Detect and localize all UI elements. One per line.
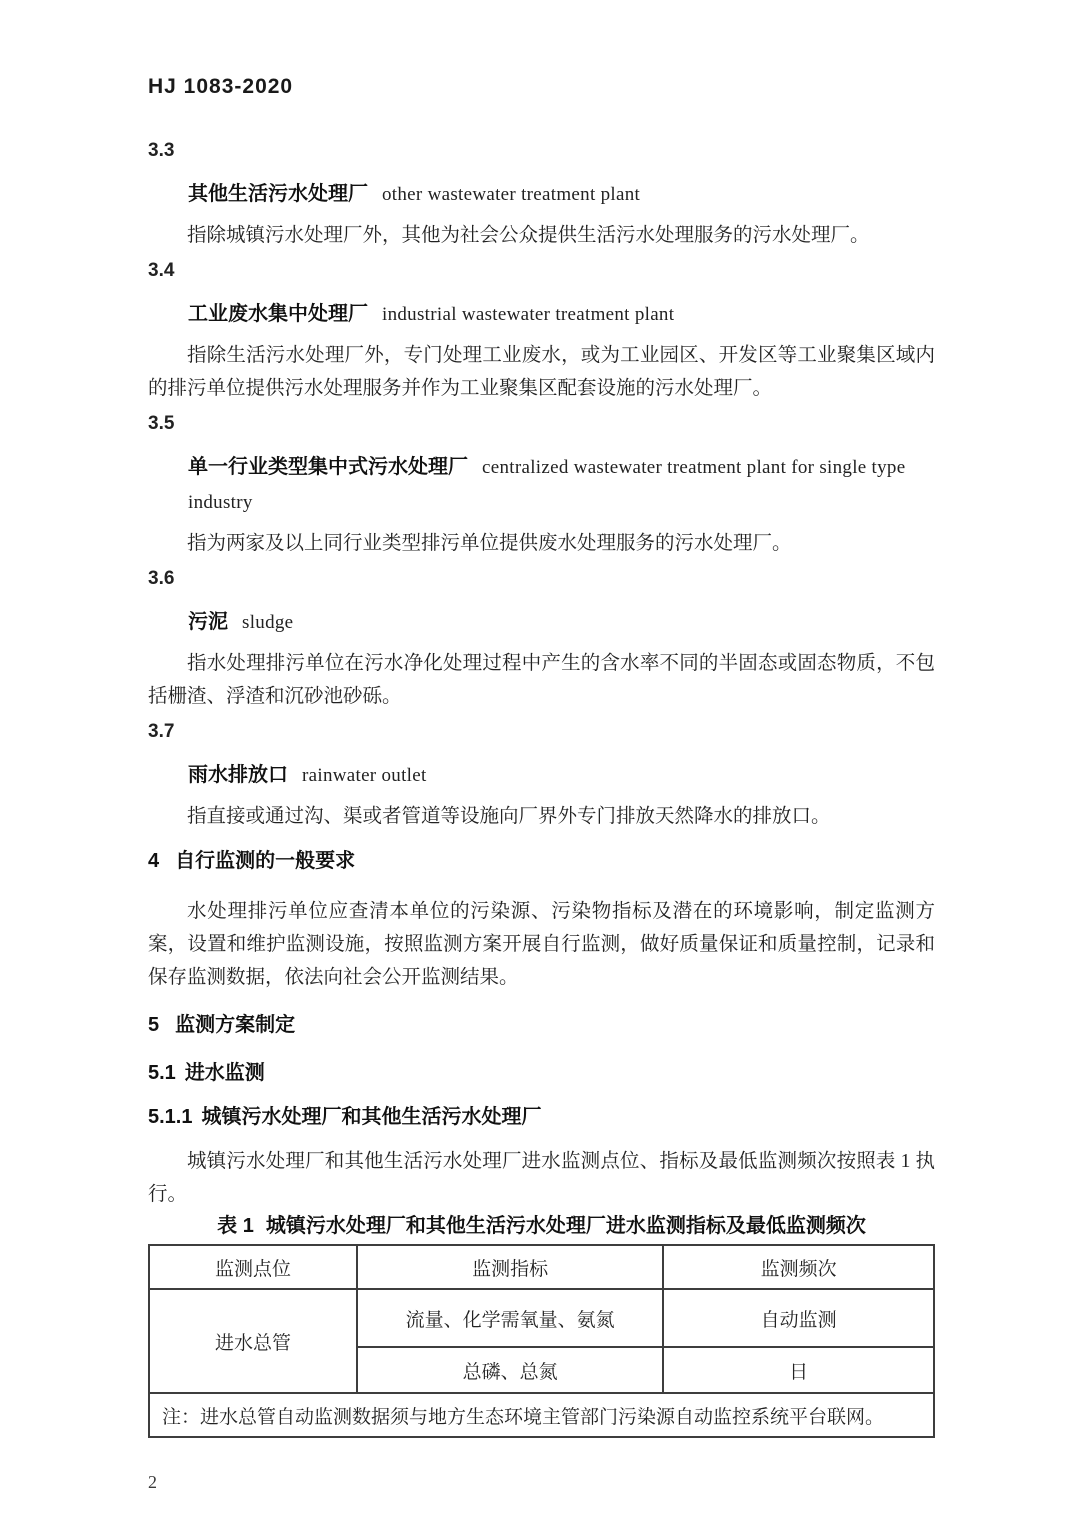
- cell-indicators: 流量、化学需氧量、氨氮: [357, 1289, 663, 1347]
- cell-indicators: 总磷、总氮: [357, 1347, 663, 1393]
- section-heading-5-1: 5.1进水监测: [148, 1059, 935, 1087]
- section-heading-5: 5监测方案制定: [148, 1011, 935, 1039]
- section-5-1-1-body: 城镇污水处理厂和其他生活污水处理厂进水监测点位、指标及最低监测频次按照表 1 执…: [148, 1145, 935, 1211]
- term-english: other wastewater treatment plant: [382, 184, 640, 205]
- term-line: 工业废水集中处理厂industrial wastewater treatment…: [188, 297, 935, 332]
- term-chinese: 单一行业类型集中式污水处理厂: [188, 456, 468, 478]
- heading-title: 城镇污水处理厂和其他生活污水处理厂: [201, 1106, 541, 1128]
- term-line: 雨水排放口rainwater outlet: [188, 758, 935, 793]
- page-number: 2: [148, 1470, 935, 1494]
- heading-title: 进水监测: [185, 1062, 265, 1084]
- term-section-3-6: 3.6 污泥sludge 指水处理排污单位在污水净化处理过程中产生的含水率不同的…: [148, 566, 935, 713]
- header-cell-monitoring-indicator: 监测指标: [357, 1245, 663, 1289]
- cell-frequency: 日: [663, 1347, 934, 1393]
- table-caption-title: 城镇污水处理厂和其他生活污水处理厂进水监测指标及最低监测频次: [266, 1215, 866, 1237]
- term-line: 污泥sludge: [188, 605, 935, 640]
- term-english: industrial wastewater treatment plant: [382, 304, 674, 325]
- heading-title: 自行监测的一般要求: [175, 850, 355, 872]
- standard-number-header: HJ 1083-2020: [148, 0, 935, 100]
- term-section-3-5: 3.5 单一行业类型集中式污水处理厂centralized wastewater…: [148, 411, 935, 560]
- table-row: 进水总管 流量、化学需氧量、氨氮 自动监测: [149, 1289, 934, 1347]
- clause-number: 3.6: [148, 566, 935, 592]
- table-header-row: 监测点位 监测指标 监测频次: [149, 1245, 934, 1289]
- heading-number: 5: [148, 1014, 159, 1036]
- section-heading-4: 4自行监测的一般要求: [148, 847, 935, 875]
- clause-number: 3.5: [148, 411, 935, 437]
- term-definition: 指直接或通过沟、渠或者管道等设施向厂界外专门排放天然降水的排放口。: [148, 800, 935, 833]
- heading-title: 监测方案制定: [175, 1014, 295, 1036]
- cell-monitoring-point: 进水总管: [149, 1289, 357, 1393]
- term-chinese: 其他生活污水处理厂: [188, 183, 368, 205]
- term-english: sludge: [242, 612, 293, 633]
- term-definition: 指除城镇污水处理厂外，其他为社会公众提供生活污水处理服务的污水处理厂。: [148, 219, 935, 252]
- section-heading-5-1-1: 5.1.1城镇污水处理厂和其他生活污水处理厂: [148, 1103, 935, 1131]
- term-section-3-7: 3.7 雨水排放口rainwater outlet 指直接或通过沟、渠或者管道等…: [148, 719, 935, 833]
- clause-number: 3.3: [148, 138, 935, 164]
- term-line: 单一行业类型集中式污水处理厂centralized wastewater tre…: [188, 450, 935, 520]
- cell-frequency: 自动监测: [663, 1289, 934, 1347]
- clause-number: 3.4: [148, 258, 935, 284]
- term-chinese: 雨水排放口: [188, 764, 288, 786]
- document-page: HJ 1083-2020 3.3 其他生活污水处理厂other wastewat…: [0, 0, 1080, 1527]
- term-chinese: 污泥: [188, 611, 228, 633]
- header-cell-monitoring-frequency: 监测频次: [663, 1245, 934, 1289]
- term-definition: 指除生活污水处理厂外，专门处理工业废水，或为工业园区、开发区等工业聚集区域内的排…: [148, 339, 935, 405]
- term-chinese: 工业废水集中处理厂: [188, 303, 368, 325]
- term-definition: 指水处理排污单位在污水净化处理过程中产生的含水率不同的半固态或固态物质，不包括栅…: [148, 647, 935, 713]
- table-caption-label: 表 1: [217, 1215, 254, 1237]
- term-english: rainwater outlet: [302, 765, 427, 786]
- clause-number: 3.7: [148, 719, 935, 745]
- term-section-3-4: 3.4 工业废水集中处理厂industrial wastewater treat…: [148, 258, 935, 405]
- term-line: 其他生活污水处理厂other wastewater treatment plan…: [188, 177, 935, 212]
- heading-number: 5.1: [148, 1062, 176, 1084]
- header-cell-monitoring-point: 监测点位: [149, 1245, 357, 1289]
- table-note-row: 注：进水总管自动监测数据须与地方生态环境主管部门污染源自动监控系统平台联网。: [149, 1393, 934, 1437]
- heading-number: 5.1.1: [148, 1106, 192, 1128]
- term-section-3-3: 3.3 其他生活污水处理厂other wastewater treatment …: [148, 138, 935, 252]
- table-note: 注：进水总管自动监测数据须与地方生态环境主管部门污染源自动监控系统平台联网。: [149, 1393, 934, 1437]
- heading-number: 4: [148, 850, 159, 872]
- page-content: HJ 1083-2020 3.3 其他生活污水处理厂other wastewat…: [0, 0, 1080, 1494]
- term-definition: 指为两家及以上同行业类型排污单位提供废水处理服务的污水处理厂。: [148, 527, 935, 560]
- section-4-body: 水处理排污单位应查清本单位的污染源、污染物指标及潜在的环境影响，制定监测方案，设…: [148, 895, 935, 994]
- table-caption: 表 1城镇污水处理厂和其他生活污水处理厂进水监测指标及最低监测频次: [148, 1213, 935, 1239]
- monitoring-table: 监测点位 监测指标 监测频次 进水总管 流量、化学需氧量、氨氮 自动监测 总磷、…: [148, 1244, 935, 1438]
